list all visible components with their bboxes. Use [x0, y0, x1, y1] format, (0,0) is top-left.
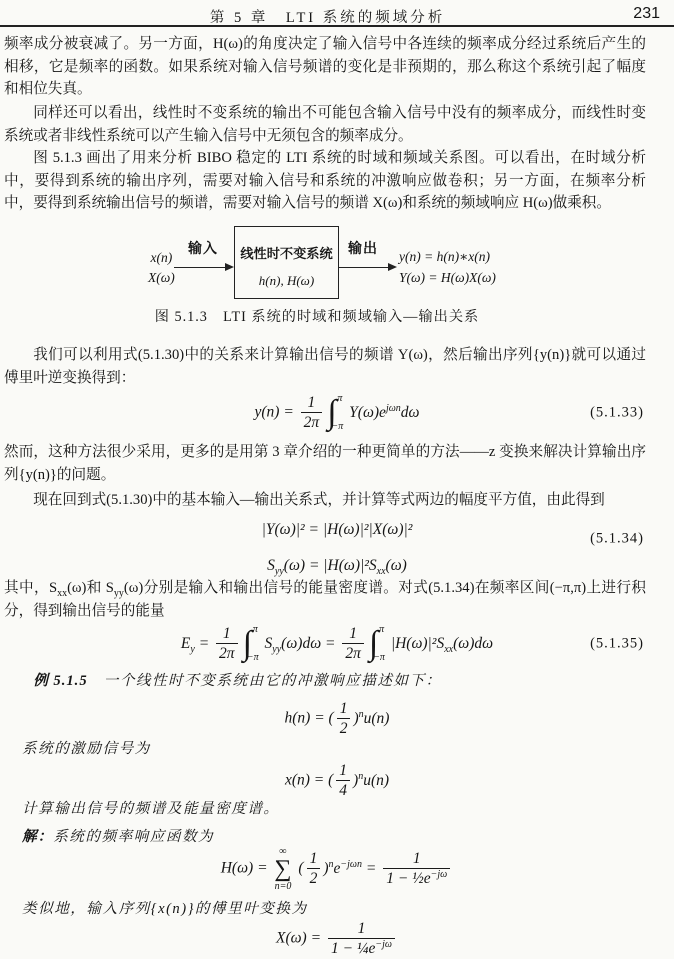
math-term: (ω) [386, 557, 407, 574]
fraction-denominator: 2π [342, 643, 364, 663]
math-term: h(n) = ( [285, 710, 334, 727]
output-time-equation: y(n) = h(n)∗x(n) [399, 246, 496, 267]
equation-number: (5.1.35) [590, 636, 644, 653]
solution-label: 解： [22, 829, 53, 845]
eq35-lhs: Ey = [181, 635, 209, 652]
input-arrow-label: 输入 [188, 238, 218, 258]
subscript: xx [444, 644, 453, 655]
math-term: = [366, 860, 376, 877]
eq35-term1: Syy(ω)dω = [265, 635, 336, 652]
math-term: Syy(ω) = |H(ω)|²Sxx(ω) [267, 557, 407, 574]
fraction-numerator: 1 [336, 762, 350, 780]
page-number: 231 [633, 5, 660, 23]
paragraph-6: 现在回到式(5.1.30)中的基本输入—输出关系式，并计算等式两边的幅度平方值，… [4, 489, 646, 512]
math-term: H(ω) = [221, 860, 268, 877]
math-term: = [199, 635, 209, 652]
fraction-numerator: 1 [220, 625, 234, 643]
math-term: 1 − ¼e [331, 940, 375, 957]
paragraph-3: 图 5.1.3 画出了用来分析 BIBO 稳定的 LTI 系统的时域和频域关系图… [4, 147, 646, 215]
equation-number: (5.1.33) [590, 405, 644, 422]
text-run: 其中，S [4, 580, 57, 596]
header-rule [0, 25, 674, 27]
fraction: 12 [307, 850, 321, 888]
example-label: 例 5.1.5 [33, 673, 87, 689]
equation-5-1-35: Ey = 12π∫π−π Syy(ω)dω = 12π∫π−π |H(ω)|²S… [0, 623, 674, 665]
integral: ∫π−π [327, 392, 343, 434]
figure-caption: 图 5.1.3 LTI 系统的时域和频域输入—输出关系 [0, 306, 634, 326]
subscript: yy [275, 566, 284, 577]
math-term: S [267, 557, 275, 574]
system-box-subtitle: h(n), H(ω) [259, 273, 314, 289]
fraction: 12π [216, 625, 238, 663]
summation: ∞∑n=0 [274, 846, 291, 892]
math-term: u(n) [364, 710, 390, 727]
math-term: E [181, 635, 190, 652]
document-page: 第 5 章 LTI 系统的频域分析 231 频率成分被衰减了。另一方面，H(ω)… [0, 0, 674, 959]
fraction-denominator: 1 − ½e−jω [383, 868, 450, 888]
excitation-text: 系统的激励信号为 [22, 738, 646, 761]
system-box: 线性时不变系统 h(n), H(ω) [234, 226, 339, 299]
subscript: yy [114, 588, 124, 599]
eq33-lhs: y(n) = [255, 404, 294, 421]
fraction-numerator: 1 [355, 920, 369, 938]
math-term: X(ω) = [276, 930, 321, 947]
exponent: −jω [431, 869, 448, 880]
paragraph-2: 同样还可以看出，线性时不变系统的输出不可能包含输入信号中没有的频率成分，而线性时… [4, 102, 646, 147]
similarly-text: 类似地，输入序列{x(n)}的傅里叶变换为 [22, 898, 646, 921]
math-term: dω [401, 404, 420, 421]
example-heading: 例 5.1.5 一个线性时不变系统由它的冲激响应描述如下： [4, 670, 646, 693]
output-arrowhead-icon [388, 263, 397, 271]
fraction-numerator: 1 [305, 394, 319, 412]
equation-5-1-34-line2: Syy(ω) = |H(ω)|²Sxx(ω) [0, 557, 674, 575]
math-term: )ne−jωn = [323, 860, 376, 877]
integral-upper: π [378, 624, 385, 635]
eq33-integrand: Y(ω)ejωndω [349, 404, 419, 421]
text-run: (ω)和 S [67, 580, 114, 596]
integral-lower: −π [332, 421, 344, 432]
paragraph-5: 然而，这种方法很少采用，更多的是用第 3 章介绍的一种更简单的方法——z 变换来… [4, 441, 646, 486]
fraction-numerator: 1 [307, 850, 321, 868]
math-term: )nu(n) [353, 772, 389, 789]
fraction: 11 − ¼e−jω [328, 920, 395, 958]
diagram-input-signals: x(n) X(ω) [148, 248, 175, 288]
equation-X-omega: X(ω) = 11 − ¼e−jω [0, 920, 674, 958]
output-freq-equation: Y(ω) = H(ω)X(ω) [399, 267, 496, 288]
math-term: |Y(ω)|² = |H(ω)|²|X(ω)|² [262, 521, 413, 538]
fraction-numerator: 1 [346, 625, 360, 643]
input-arrow-line [174, 267, 225, 268]
lti-system-diagram: x(n) X(ω) 输入 线性时不变系统 h(n), H(ω) 输出 y(n) … [0, 226, 674, 302]
math-term: (ω)dω [453, 635, 493, 652]
fraction: 12 [337, 700, 351, 738]
task-text: 计算输出信号的频谱及能量密度谱。 [22, 798, 646, 821]
math-term: (ω) = |H(ω)|²S [284, 557, 377, 574]
fraction-denominator: 2 [337, 718, 351, 738]
subscript: xx [377, 566, 386, 577]
example-intro: 一个线性时不变系统由它的冲激响应描述如下： [104, 673, 442, 689]
subscript: xx [57, 588, 67, 599]
integral-lower: −π [247, 652, 259, 663]
system-box-title: 线性时不变系统 [240, 243, 332, 262]
subscript: y [190, 644, 194, 655]
fraction-denominator: 2 [307, 868, 321, 888]
math-term: |H(ω)|²S [391, 635, 444, 652]
exponent: jωn [386, 402, 401, 413]
paragraph-1: 频率成分被衰减了。另一方面，H(ω)的角度决定了输入信号中各连续的频率成分经过系… [4, 33, 646, 101]
integral: ∫π−π [243, 623, 259, 665]
fraction: 11 − ½e−jω [383, 850, 450, 888]
sum-lower: n=0 [275, 881, 292, 892]
fraction-denominator: 2π [216, 643, 238, 663]
equation-h-n: h(n) = (12)nu(n) [0, 700, 674, 738]
equation-5-1-33: y(n) = 12π∫π−π Y(ω)ejωndω (5.1.33) [0, 392, 674, 434]
fraction: 12π [301, 394, 323, 432]
fraction-numerator: 1 [410, 850, 424, 868]
integral-upper: π [337, 393, 344, 404]
equation-x-n: x(n) = (14)nu(n) [0, 762, 674, 800]
paragraph-7: 其中，Sxx(ω)和 Syy(ω)分别是输入和输出信号的能量密度谱。对式(5.1… [4, 577, 646, 622]
input-freq-signal: X(ω) [148, 268, 175, 288]
subscript: yy [272, 644, 281, 655]
equation-H-omega: H(ω) = ∞∑n=0 (12)ne−jωn = 11 − ½e−jω [0, 846, 674, 892]
math-term: Y(ω)e [349, 404, 386, 421]
chapter-header: 第 5 章 LTI 系统的频域分析 [210, 6, 445, 27]
output-arrow-line [338, 267, 388, 268]
math-term: u(n) [363, 772, 389, 789]
math-term: (ω)dω = [281, 635, 335, 652]
math-term: x(n) = ( [285, 772, 333, 789]
fraction: 14 [336, 762, 350, 800]
integral-lower: −π [373, 652, 385, 663]
input-arrowhead-icon [225, 263, 234, 271]
exponent: −jω [375, 939, 392, 950]
sigma-icon: ∑ [274, 857, 291, 881]
math-term: 1 − ½e [386, 870, 430, 887]
fraction-numerator: 1 [337, 700, 351, 718]
math-term: ( [298, 860, 303, 877]
integral-upper: π [252, 624, 259, 635]
text-run: 系统的频率响应函数为 [53, 829, 214, 845]
diagram-output-equations: y(n) = h(n)∗x(n) Y(ω) = H(ω)X(ω) [399, 246, 496, 288]
exponent: −jωn [340, 858, 362, 869]
integral: ∫π−π [369, 623, 385, 665]
paragraph-4: 我们可以利用式(5.1.30)中的关系来计算输出信号的频谱 Y(ω)，然后输出序… [4, 344, 646, 389]
math-term: )nu(n) [353, 710, 389, 727]
input-time-signal: x(n) [148, 248, 175, 268]
eq35-term2: |H(ω)|²Sxx(ω)dω [391, 635, 493, 652]
equation-5-1-34-line1: |Y(ω)|² = |H(ω)|²|X(ω)|² [0, 521, 674, 539]
fraction: 12π [342, 625, 364, 663]
fraction-denominator: 1 − ¼e−jω [328, 938, 395, 958]
fraction-denominator: 2π [301, 412, 323, 432]
output-arrow-label: 输出 [348, 238, 378, 258]
